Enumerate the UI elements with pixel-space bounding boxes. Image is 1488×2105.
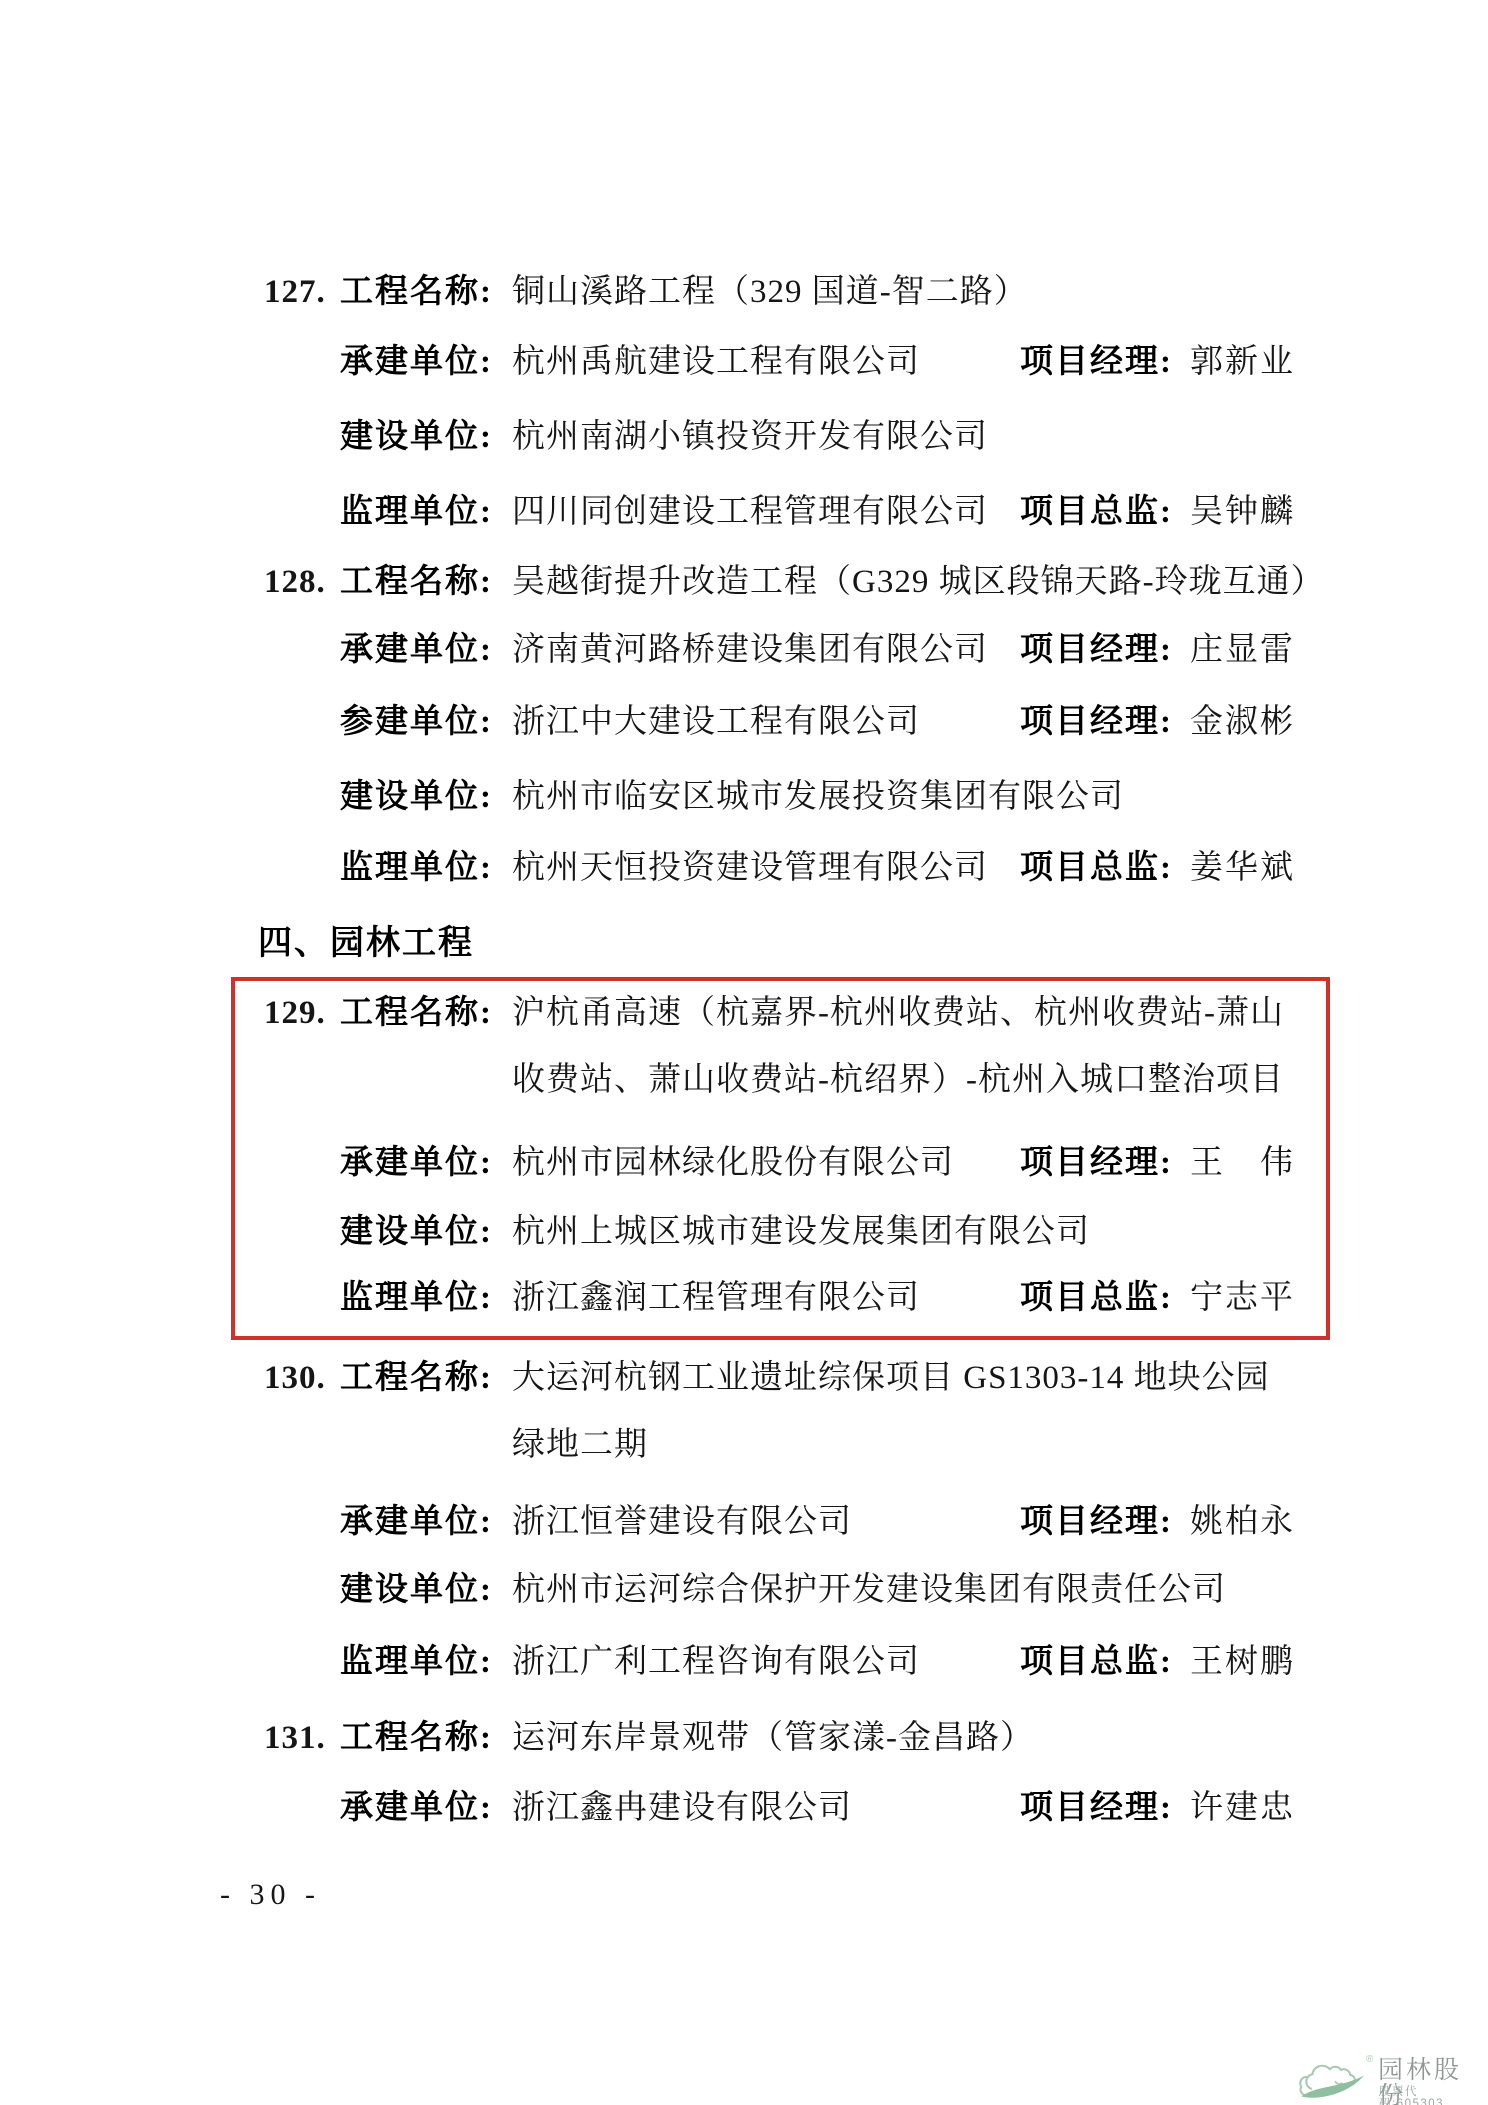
- field-value: 杭州禹航建设工程有限公司: [512, 339, 920, 385]
- role-name: 王 伟: [1190, 1140, 1295, 1186]
- role-name: 宁志平: [1190, 1275, 1295, 1321]
- role-label: 项目总监:: [1020, 1639, 1173, 1685]
- project-line: 承建单位: 杭州禹航建设工程有限公司 项目经理: 郭新业: [0, 339, 1488, 385]
- field-label: 建设单位:: [340, 414, 493, 460]
- page-number: - 30 -: [220, 1872, 321, 1918]
- document-page: 127. 工程名称: 铜山溪路工程（329 国道-智二路） 承建单位: 杭州禹航…: [0, 0, 1488, 2105]
- project-line: 监理单位: 浙江广利工程咨询有限公司 项目总监: 王树鹏: [0, 1639, 1488, 1685]
- field-label: 工程名称:: [340, 990, 493, 1036]
- field-value: 沪杭甬高速（杭嘉界-杭州收费站、杭州收费站-萧山: [512, 990, 1284, 1036]
- field-label: 工程名称:: [340, 269, 493, 315]
- field-label: 监理单位:: [340, 1639, 493, 1685]
- item-number: 127.: [264, 269, 326, 315]
- role-label: 项目总监:: [1020, 489, 1173, 535]
- field-value: 杭州上城区城市建设发展集团有限公司: [512, 1209, 1090, 1255]
- field-value: 杭州市园林绿化股份有限公司: [512, 1140, 954, 1186]
- field-label: 建设单位:: [340, 1209, 493, 1255]
- project-line: 承建单位: 浙江鑫冉建设有限公司 项目经理: 许建忠: [0, 1785, 1488, 1831]
- field-value: 济南黄河路桥建设集团有限公司: [512, 627, 988, 673]
- field-value: 四川同创建设工程管理有限公司: [512, 489, 988, 535]
- role-label: 项目经理:: [1020, 339, 1173, 385]
- item-number: 129.: [264, 990, 326, 1036]
- project-line: 监理单位: 杭州天恒投资建设管理有限公司 项目总监: 姜华斌: [0, 845, 1488, 891]
- field-label: 工程名称:: [340, 1715, 493, 1761]
- company-logo: ® 园林股份 股票代码:605303: [1296, 2048, 1482, 2102]
- field-value: 吴越街提升改造工程（G329 城区段锦天路-玲珑互通）: [512, 559, 1325, 605]
- project-line: 建设单位: 杭州上城区城市建设发展集团有限公司: [0, 1209, 1488, 1255]
- field-value: 大运河杭钢工业遗址综保项目 GS1303-14 地块公园: [512, 1355, 1270, 1401]
- project-line: 承建单位: 浙江恒誉建设有限公司 项目经理: 姚柏永: [0, 1499, 1488, 1545]
- project-line: 监理单位: 浙江鑫润工程管理有限公司 项目总监: 宁志平: [0, 1275, 1488, 1321]
- project-line: 承建单位: 济南黄河路桥建设集团有限公司 项目经理: 庄显雷: [0, 627, 1488, 673]
- cloud-leaf-icon: [1296, 2056, 1368, 2102]
- field-label: 监理单位:: [340, 489, 493, 535]
- field-label: 建设单位:: [340, 1567, 493, 1613]
- field-value: 浙江鑫润工程管理有限公司: [512, 1275, 920, 1321]
- project-line: 监理单位: 四川同创建设工程管理有限公司 项目总监: 吴钟麟: [0, 489, 1488, 535]
- field-label: 承建单位:: [340, 1785, 493, 1831]
- project-line: 参建单位: 浙江中大建设工程有限公司 项目经理: 金淑彬: [0, 699, 1488, 745]
- project-line: 127. 工程名称: 铜山溪路工程（329 国道-智二路）: [0, 269, 1488, 315]
- field-label: 建设单位:: [340, 774, 493, 820]
- field-label: 承建单位:: [340, 1499, 493, 1545]
- field-label: 工程名称:: [340, 559, 493, 605]
- section-heading: 四、园林工程: [258, 920, 474, 966]
- item-number: 131.: [264, 1715, 326, 1761]
- project-line: 130. 工程名称: 大运河杭钢工业遗址综保项目 GS1303-14 地块公园: [0, 1355, 1488, 1401]
- field-label: 监理单位:: [340, 1275, 493, 1321]
- role-name: 姜华斌: [1190, 845, 1295, 891]
- field-value: 浙江鑫冉建设有限公司: [512, 1785, 852, 1831]
- field-value: 运河东岸景观带（管家漾-金昌路）: [512, 1715, 1034, 1761]
- role-label: 项目经理:: [1020, 627, 1173, 673]
- project-line-continuation: 绿地二期: [0, 1422, 1488, 1468]
- project-line-continuation: 收费站、萧山收费站-杭绍界）-杭州入城口整治项目: [0, 1057, 1488, 1103]
- field-value: 收费站、萧山收费站-杭绍界）-杭州入城口整治项目: [512, 1057, 1284, 1103]
- role-name: 王树鹏: [1190, 1639, 1295, 1685]
- field-value: 铜山溪路工程（329 国道-智二路）: [512, 269, 1028, 315]
- role-label: 项目总监:: [1020, 845, 1173, 891]
- field-value: 杭州市临安区城市发展投资集团有限公司: [512, 774, 1124, 820]
- field-value: 杭州南湖小镇投资开发有限公司: [512, 414, 988, 460]
- role-label: 项目经理:: [1020, 699, 1173, 745]
- field-value: 浙江广利工程咨询有限公司: [512, 1639, 920, 1685]
- field-value: 杭州天恒投资建设管理有限公司: [512, 845, 988, 891]
- role-name: 郭新业: [1190, 339, 1295, 385]
- project-line: 129. 工程名称: 沪杭甬高速（杭嘉界-杭州收费站、杭州收费站-萧山: [0, 990, 1488, 1036]
- logo-stock-code: 股票代码:605303: [1379, 2086, 1482, 2105]
- role-label: 项目经理:: [1020, 1140, 1173, 1186]
- field-label: 承建单位:: [340, 627, 493, 673]
- field-value: 绿地二期: [512, 1422, 648, 1468]
- project-line: 128. 工程名称: 吴越街提升改造工程（G329 城区段锦天路-玲珑互通）: [0, 559, 1488, 605]
- project-line: 建设单位: 杭州市临安区城市发展投资集团有限公司: [0, 774, 1488, 820]
- project-line: 131. 工程名称: 运河东岸景观带（管家漾-金昌路）: [0, 1715, 1488, 1761]
- role-label: 项目经理:: [1020, 1499, 1173, 1545]
- role-name: 许建忠: [1190, 1785, 1295, 1831]
- role-label: 项目总监:: [1020, 1275, 1173, 1321]
- field-label: 承建单位:: [340, 1140, 493, 1186]
- role-name: 庄显雷: [1190, 627, 1295, 673]
- role-label: 项目经理:: [1020, 1785, 1173, 1831]
- field-value: 浙江恒誉建设有限公司: [512, 1499, 852, 1545]
- role-name: 金淑彬: [1190, 699, 1295, 745]
- field-label: 参建单位:: [340, 699, 493, 745]
- field-label: 工程名称:: [340, 1355, 493, 1401]
- field-label: 监理单位:: [340, 845, 493, 891]
- item-number: 130.: [264, 1355, 326, 1401]
- field-label: 承建单位:: [340, 339, 493, 385]
- role-name: 姚柏永: [1190, 1499, 1295, 1545]
- role-name: 吴钟麟: [1190, 489, 1295, 535]
- project-line: 承建单位: 杭州市园林绿化股份有限公司 项目经理: 王 伟: [0, 1140, 1488, 1186]
- registered-mark: ®: [1366, 2054, 1373, 2065]
- project-line: 建设单位: 杭州南湖小镇投资开发有限公司: [0, 414, 1488, 460]
- project-line: 建设单位: 杭州市运河综合保护开发建设集团有限责任公司: [0, 1567, 1488, 1613]
- item-number: 128.: [264, 559, 326, 605]
- field-value: 浙江中大建设工程有限公司: [512, 699, 920, 745]
- field-value: 杭州市运河综合保护开发建设集团有限责任公司: [512, 1567, 1226, 1613]
